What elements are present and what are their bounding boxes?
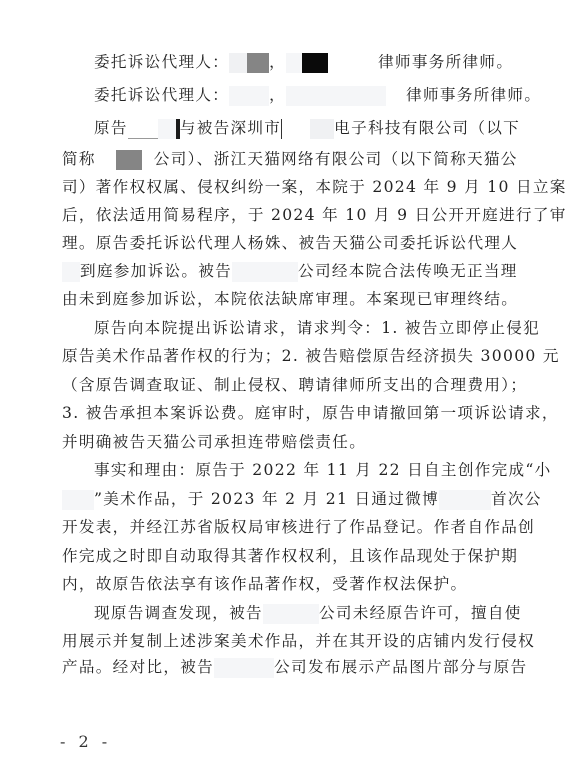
text-segment: 公司未经原告许可，擅自使 [319, 603, 522, 623]
text-segment: 到庭参加诉讼。被告 [80, 261, 232, 281]
paragraph-2-line-3: （含原告调查取证、制止侵权、聘请律师所支出的合理费用）； [62, 375, 527, 395]
text-segment: 与被告深圳市 [180, 118, 281, 138]
redaction-box [214, 658, 274, 678]
paragraph-2-line-1: 原告向本院提出诉讼请求，请求判令：1. 被告立即停止侵犯 [94, 318, 540, 338]
redaction-box [232, 262, 298, 282]
law-firm-label: 律师事务所律师。 [378, 52, 513, 72]
redaction-box [247, 53, 269, 73]
redaction-box [286, 53, 302, 73]
redaction-box [116, 150, 142, 170]
text-segment: 首次公 [491, 489, 542, 509]
text-segment: 公司发布展示产品图片部分与原告 [274, 657, 527, 677]
paragraph-3-line-1: 事实和理由：原告于 2022 年 11 月 22 日自主创作完成“小 [94, 460, 552, 480]
text-segment: 电子科技有限公司（以下 [334, 118, 520, 138]
paragraph-1-line-7: 由未到庭参加诉讼，本院依法缺席审理。本案现已审理终结。 [62, 289, 518, 309]
redaction-gap [386, 86, 406, 106]
paragraph-4-line-2: 用展示并复制上述涉案美术作品，并在其开设的店铺内发行侵权 [62, 631, 535, 651]
redaction-box [229, 53, 247, 73]
redaction-box [62, 490, 94, 510]
redaction-gap [96, 150, 116, 170]
text-segment: 简称 [62, 149, 96, 169]
paragraph-2-line-4: 3. 被告承担本案诉讼费。庭审时，原告申请撤回第一项诉讼请求， [62, 403, 559, 423]
redaction-box [281, 119, 310, 139]
text-segment: 原告 [94, 118, 128, 138]
redaction-box [439, 490, 491, 510]
paragraph-4-line-3: 产品。经对比，被告公司发布展示产品图片部分与原告 [62, 657, 527, 678]
agent-line-2: 委托诉讼代理人：，律师事务所律师。 [94, 85, 541, 106]
paragraph-3-line-3: 开发表，并经江苏省版权局审核进行了作品登记。作者自作品创 [62, 517, 535, 537]
paragraph-2-line-2: 原告美术作品著作权的行为；2. 被告赔偿原告经济损失 30000 元 [62, 346, 560, 366]
paragraph-3-line-4: 作完成之时即自动取得其著作权权利，且该作品现处于保护期 [62, 546, 518, 566]
paragraph-3-line-2: ”美术作品，于 2023 年 2 月 21 日通过微博首次公 [62, 489, 542, 510]
text-segment: 现原告调查发现，被告 [94, 603, 263, 623]
redaction-box [302, 53, 328, 73]
paragraph-4-line-1: 现原告调查发现，被告公司未经原告许可，擅自使 [94, 603, 522, 624]
comma: ， [269, 52, 286, 72]
paragraph-1-line-5: 理。原告委托诉讼代理人杨姝、被告天猫公司委托诉讼代理人 [62, 233, 518, 253]
redaction-box [128, 120, 158, 139]
law-firm-label: 律师事务所律师。 [406, 85, 541, 105]
paragraph-1-line-3: 司）著作权权属、侵权纠纷一案，本院于 2024 年 9 月 10 日立案 [62, 177, 567, 197]
text-segment: ”美术作品，于 2023 年 2 月 21 日通过微博 [94, 489, 439, 509]
redaction-gap [142, 150, 154, 170]
paragraph-1-line-6: 到庭参加诉讼。被告公司经本院合法传唤无正当理 [62, 261, 518, 282]
paragraph-1-line-4: 后，依法适用简易程序，于 2024 年 10 月 9 日公开开庭进行了审 [62, 205, 567, 225]
page-number: - 2 - [60, 732, 111, 751]
redaction-box [158, 119, 176, 139]
redaction-box [310, 119, 334, 139]
label-agent: 委托诉讼代理人： [94, 85, 229, 105]
redaction-box [286, 86, 386, 106]
text-segment: 产品。经对比，被告 [62, 657, 214, 677]
paragraph-1-line-1: 原告与被告深圳市电子科技有限公司（以下 [94, 118, 520, 139]
redaction-box [229, 86, 269, 106]
text-segment: 公司经本院合法传唤无正当理 [298, 261, 518, 281]
agent-line-1: 委托诉讼代理人：，律师事务所律师。 [94, 52, 513, 73]
redaction-gap [328, 53, 378, 73]
redaction-box [62, 262, 80, 282]
text-segment: 公司）、浙江天猫网络有限公司（以下简称天猫公 [154, 149, 518, 169]
label-agent: 委托诉讼代理人： [94, 52, 229, 72]
comma: ， [269, 85, 286, 105]
redaction-box [263, 604, 319, 624]
paragraph-2-line-5: 并明确被告天猫公司承担连带赔偿责任。 [62, 432, 366, 452]
paragraph-3-line-5: 内，故原告依法享有该作品著作权，受著作权法保护。 [62, 574, 467, 594]
paragraph-1-line-2: 简称公司）、浙江天猫网络有限公司（以下简称天猫公 [62, 149, 518, 170]
